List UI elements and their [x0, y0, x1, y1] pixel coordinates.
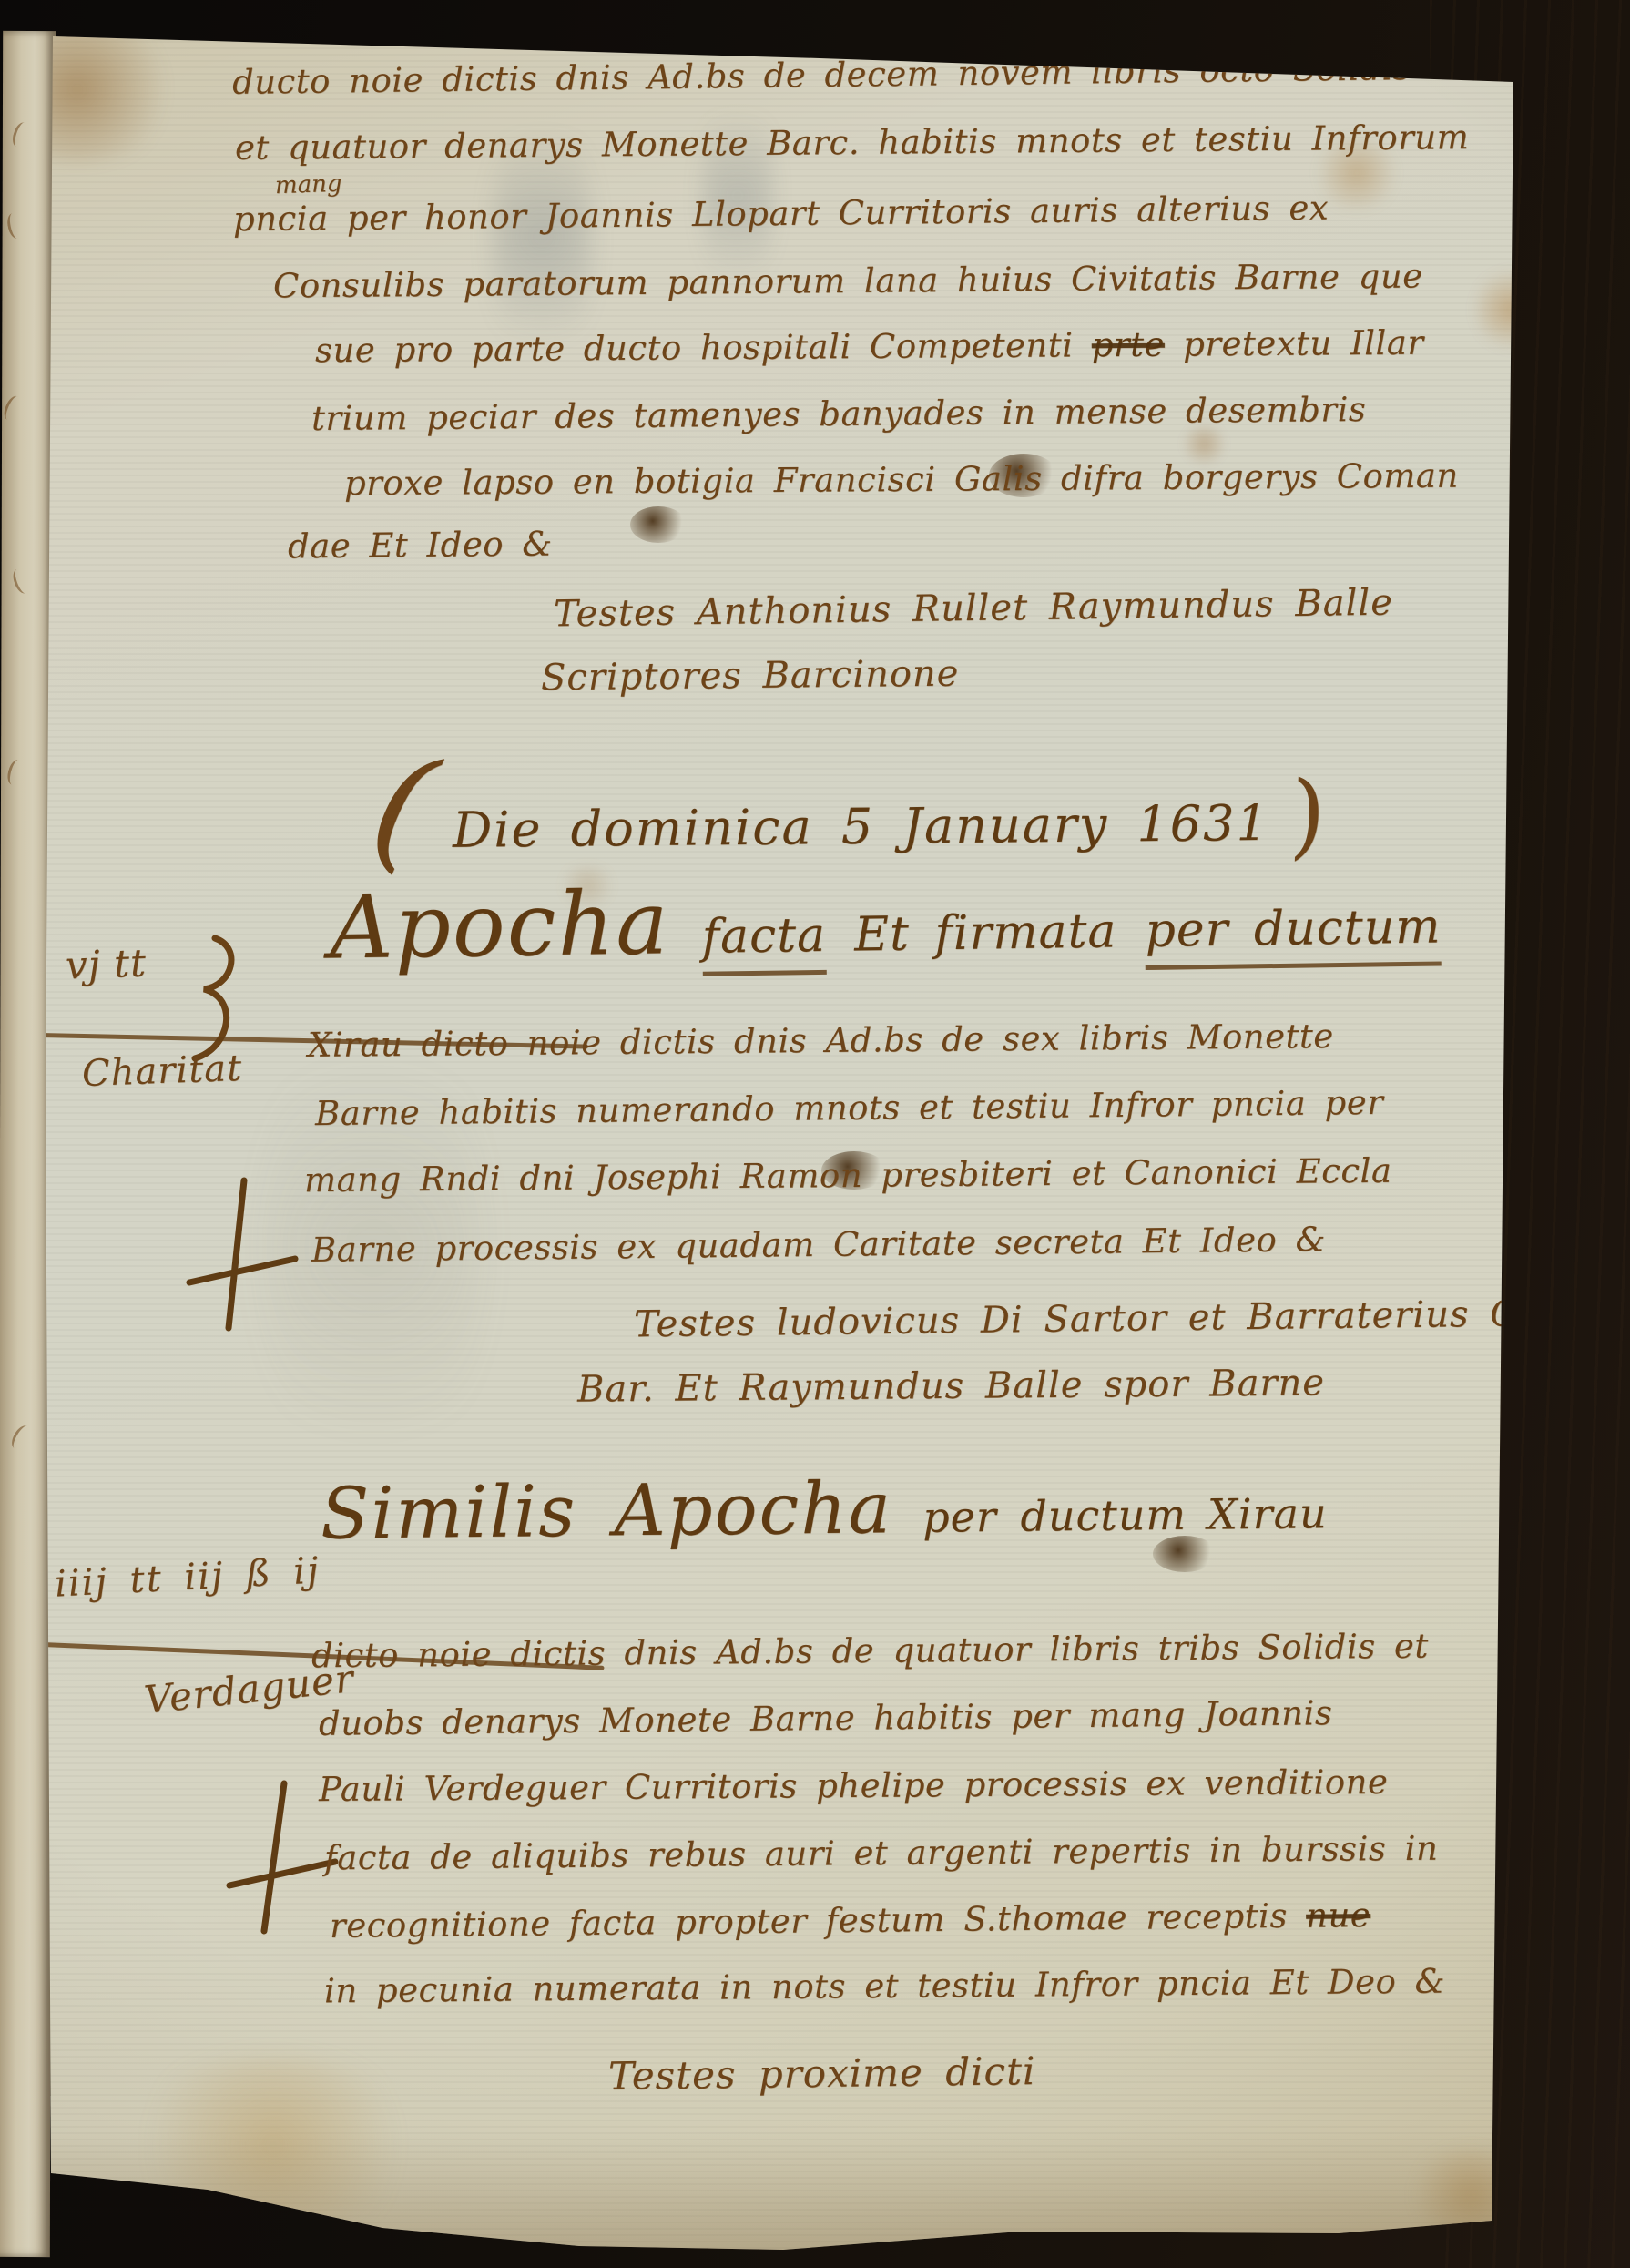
edge-ink-mark: [1, 393, 24, 423]
edge-ink-mark: [10, 567, 32, 595]
edge-ink-mark: [8, 1423, 33, 1452]
edge-ink-mark: [5, 758, 25, 786]
edge-ink-mark: [5, 212, 24, 240]
page-vignette: [0, 0, 1630, 2268]
edge-ink-mark: [10, 120, 31, 148]
manuscript-page: 18 ducto noie dictis dnis Ad.bs de decem…: [0, 0, 1630, 2268]
deckle-edge-shadow: [0, 2131, 1630, 2268]
photographed-manuscript: 18 ducto noie dictis dnis Ad.bs de decem…: [0, 0, 1630, 2268]
